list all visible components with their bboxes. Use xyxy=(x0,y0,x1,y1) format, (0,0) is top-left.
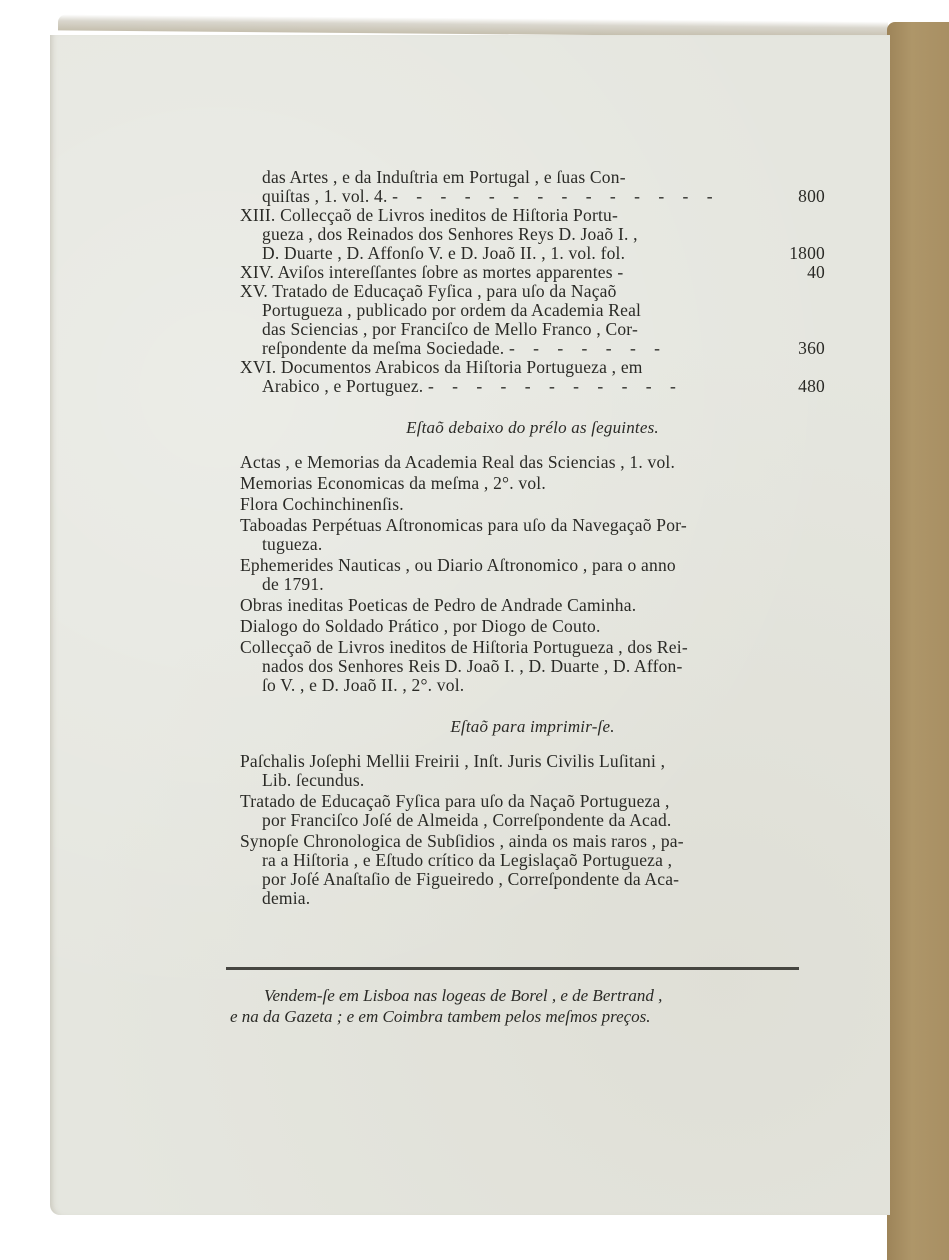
to-print-list: Paſchalis Joſephi Mellii Freirii , Inſt.… xyxy=(240,752,825,908)
list-item: Flora Cochinchinenſis. xyxy=(240,495,825,514)
entry-line: quiſtas , 1. vol. 4. xyxy=(262,186,388,206)
horizontal-rule xyxy=(226,967,799,970)
entry-line: Portugueza , publicado por ordem da Acad… xyxy=(240,301,765,320)
catalogue-list: das Artes , e da Induſtria em Portugal ,… xyxy=(240,168,825,396)
entry-line: Arabico , e Portuguez. xyxy=(262,376,423,396)
footer-line: Vendem-ſe em Lisboa nas logeas de Borel … xyxy=(230,985,820,1006)
section-heading-to-print: Eſtaõ para imprimir-ſe. xyxy=(240,717,825,736)
entry-line: XIII. Collecçaõ de Livros ineditos de Hi… xyxy=(240,206,765,225)
entry-line: XVI. Documentos Arabicos da Hiſtoria Por… xyxy=(240,358,765,377)
entry-price: 360 xyxy=(775,339,825,358)
entry-line: das Artes , e da Induſtria em Portugal ,… xyxy=(240,168,765,187)
entry-price: 40 xyxy=(775,263,825,282)
list-item: Collecçaõ de Livros ineditos de Hiſtoria… xyxy=(240,638,825,695)
entry-line: reſpondente da meſma Sociedade. xyxy=(262,338,504,358)
list-item: Synopſe Chronologica de Subſidios , aind… xyxy=(240,832,825,908)
leader-dots: - - - - - - - - - - - xyxy=(428,376,683,396)
catalogue-entry: das Artes , e da Induſtria em Portugal ,… xyxy=(240,168,825,206)
in-press-list: Actas , e Memorias da Academia Real das … xyxy=(240,453,825,695)
list-item: Tratado de Educaçaõ Fyſica para uſo da N… xyxy=(240,792,825,830)
catalogue-entry: XIV. Aviſos intereſſantes ſobre as morte… xyxy=(240,263,825,282)
entry-price: 1800 xyxy=(775,244,825,263)
catalogue-entry: XVI. Documentos Arabicos da Hiſtoria Por… xyxy=(240,358,825,396)
leader-dots: - - - - - - - xyxy=(509,338,667,358)
list-item: Dialogo do Soldado Prático , por Diogo d… xyxy=(240,617,825,636)
entry-line: gueza , dos Reinados dos Senhores Reys D… xyxy=(240,225,765,244)
leader-dots: - xyxy=(617,262,630,282)
list-item: Taboadas Perpétuas Aſtronomicas para uſo… xyxy=(240,516,825,554)
entry-price: 800 xyxy=(775,187,825,206)
entry-price: 480 xyxy=(775,377,825,396)
list-item: Memorias Economicas da meſma , 2°. vol. xyxy=(240,474,825,493)
list-item: Actas , e Memorias da Academia Real das … xyxy=(240,453,825,472)
list-item: Ephemerides Nauticas , ou Diario Aſtrono… xyxy=(240,556,825,594)
list-item: Paſchalis Joſephi Mellii Freirii , Inſt.… xyxy=(240,752,825,790)
footer-line: e na da Gazeta ; e em Coimbra tambem pel… xyxy=(230,1006,820,1027)
entry-line: D. Duarte , D. Affonſo V. e D. Joaõ II. … xyxy=(240,244,765,263)
catalogue-entry: XV. Tratado de Educaçaõ Fyſica , para uſ… xyxy=(240,282,825,358)
entry-line: das Sciencias , por Franciſco de Mello F… xyxy=(240,320,765,339)
leader-dots: - - - - - - - - - - - - - - xyxy=(392,186,719,206)
book-spine xyxy=(887,22,949,1260)
catalogue-entry: XIII. Collecçaõ de Livros ineditos de Hi… xyxy=(240,206,825,263)
page-text: das Artes , e da Induſtria em Portugal ,… xyxy=(240,168,825,914)
section-heading-in-press: Eſtaõ debaixo do prélo as ſeguintes. xyxy=(240,418,825,437)
entry-line: XV. Tratado de Educaçaõ Fyſica , para uſ… xyxy=(240,282,765,301)
list-item: Obras ineditas Poeticas de Pedro de Andr… xyxy=(240,596,825,615)
imprint-footer: Vendem-ſe em Lisboa nas logeas de Borel … xyxy=(230,985,820,1027)
entry-line: XIV. Aviſos intereſſantes ſobre as morte… xyxy=(240,262,613,282)
